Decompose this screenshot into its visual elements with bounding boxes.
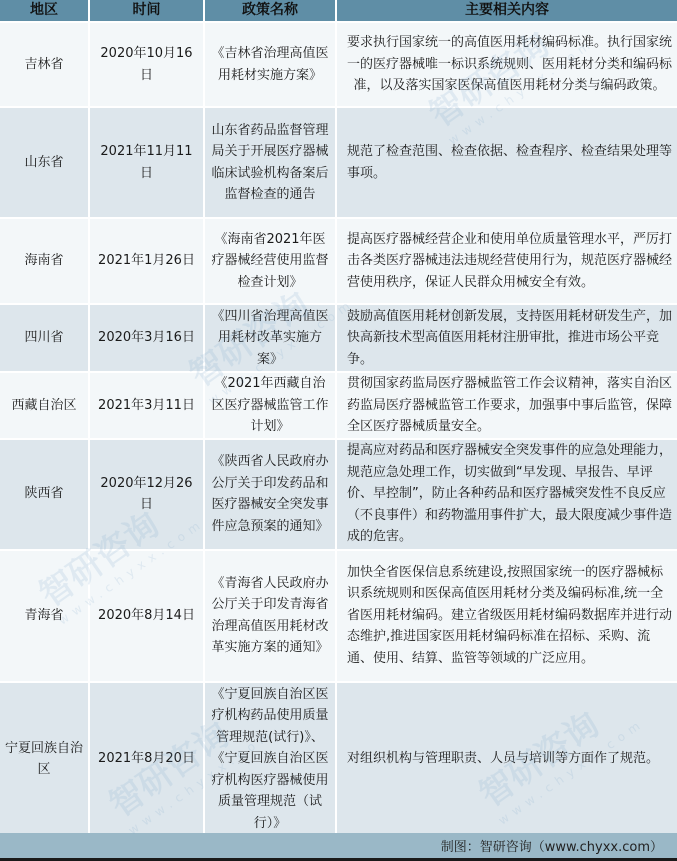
table-row: 青海省 2020年8月14日 《青海省人民政府办公厅关于印发青海省治理高值医用耗… [0, 550, 677, 682]
table-row: 山东省 2021年11月11日 山东省药品监督管理局关于开展医疗器械临床试验机构… [0, 107, 677, 218]
cell-content: 规范了检查范围、检查依据、检查程序、检查结果处理等事项。 [336, 107, 677, 218]
cell-content: 提高应对药品和医疗器械安全突发事件的应急处理能力，规范应急处理工作，切实做到“早… [336, 439, 677, 550]
cell-date: 2020年8月14日 [89, 550, 204, 682]
cell-policy: 《吉林省治理高值医用耗材实施方案》 [204, 22, 336, 107]
table-row: 海南省 2021年1月26日 《海南省2021年医疗器械经营使用监督检查计划》 … [0, 218, 677, 304]
cell-region: 山东省 [0, 107, 89, 218]
cell-date: 2021年3月11日 [89, 372, 204, 439]
header-date: 时间 [89, 0, 204, 22]
cell-date: 2020年3月16日 [89, 304, 204, 372]
cell-content: 提高医疗器械经营企业和使用单位质量管理水平，严厉打击各类医疗器械违法违规经营使用… [336, 218, 677, 304]
cell-content: 贯彻国家药监局医疗器械监管工作会议精神，落实自治区药监局医疗器械监管工作要求，加… [336, 372, 677, 439]
cell-region: 陕西省 [0, 439, 89, 550]
cell-date: 2021年11月11日 [89, 107, 204, 218]
cell-policy: 《2021年西藏自治区医疗器械监管工作计划》 [204, 372, 336, 439]
cell-policy: 山东省药品监督管理局关于开展医疗器械临床试验机构备案后监督检查的通告 [204, 107, 336, 218]
cell-content: 鼓励高值医用耗材创新发展，支持医用耗材研发生产，加快高新技术型高值医用耗材注册审… [336, 304, 677, 372]
cell-date: 2020年10月16日 [89, 22, 204, 107]
source-credit: 制图：智研咨询（www.chyxx.com） [441, 836, 663, 855]
cell-content: 要求执行国家统一的高值医用耗材编码标准。执行国家统一的医疗器械唯一标识系统规则、… [336, 22, 677, 107]
cell-region: 宁夏回族自治区 [0, 682, 89, 836]
cell-region: 青海省 [0, 550, 89, 682]
cell-policy: 《陕西省人民政府办公厅关于印发药品和医疗器械安全突发事件应急预案的通知》 [204, 439, 336, 550]
cell-policy: 《四川省治理高值医用耗材改革实施方案》 [204, 304, 336, 372]
cell-date: 2021年8月20日 [89, 682, 204, 836]
cell-content: 对组织机构与管理职责、人员与培训等方面作了规范。 [336, 682, 677, 836]
cell-region: 西藏自治区 [0, 372, 89, 439]
cell-region: 海南省 [0, 218, 89, 304]
header-main-content: 主要相关内容 [336, 0, 677, 22]
cell-region: 四川省 [0, 304, 89, 372]
cell-policy: 《宁夏回族自治区医疗机构药品使用质量管理规范(试行)》、《宁夏回族自治区医疗机构… [204, 682, 336, 836]
cell-date: 2021年1月26日 [89, 218, 204, 304]
cell-date: 2020年12月26日 [89, 439, 204, 550]
table-row: 宁夏回族自治区 2021年8月20日 《宁夏回族自治区医疗机构药品使用质量管理规… [0, 682, 677, 836]
table-row: 四川省 2020年3月16日 《四川省治理高值医用耗材改革实施方案》 鼓励高值医… [0, 304, 677, 372]
policy-table: 地区 时间 政策名称 主要相关内容 吉林省 2020年10月16日 《吉林省治理… [0, 0, 677, 836]
table-row: 陕西省 2020年12月26日 《陕西省人民政府办公厅关于印发药品和医疗器械安全… [0, 439, 677, 550]
cell-policy: 《海南省2021年医疗器械经营使用监督检查计划》 [204, 218, 336, 304]
cell-content: 加快全省医保信息系统建设,按照国家统一的医疗器械标识系统规则和医保高值医用耗材分… [336, 550, 677, 682]
table-row: 吉林省 2020年10月16日 《吉林省治理高值医用耗材实施方案》 要求执行国家… [0, 22, 677, 107]
table-header-row: 地区 时间 政策名称 主要相关内容 [0, 0, 677, 22]
table-row: 西藏自治区 2021年3月11日 《2021年西藏自治区医疗器械监管工作计划》 … [0, 372, 677, 439]
source-footer: 制图：智研咨询（www.chyxx.com） [0, 833, 677, 861]
header-region: 地区 [0, 0, 89, 22]
cell-policy: 《青海省人民政府办公厅关于印发青海省治理高值医用耗材改革实施方案的通知》 [204, 550, 336, 682]
policy-table-figure: 地区 时间 政策名称 主要相关内容 吉林省 2020年10月16日 《吉林省治理… [0, 0, 677, 861]
cell-region: 吉林省 [0, 22, 89, 107]
header-policy-name: 政策名称 [204, 0, 336, 22]
